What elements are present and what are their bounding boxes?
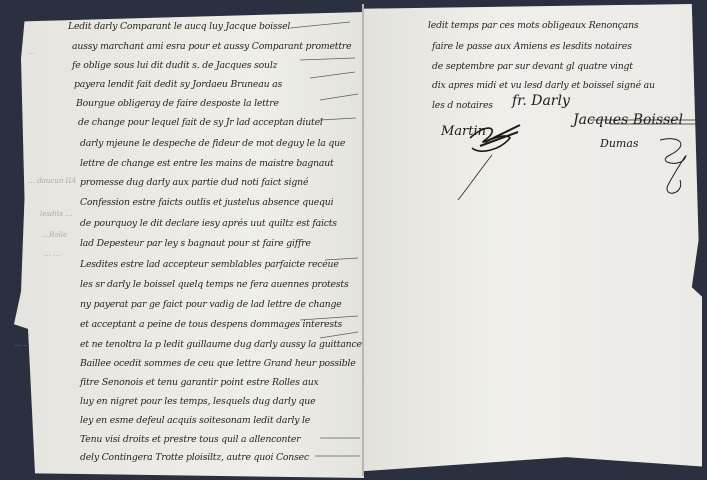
signature-flourish-icon — [380, 100, 700, 210]
line-rules-icon — [60, 20, 360, 470]
margin-note: … … — [14, 340, 30, 348]
manuscript-line: dix apres midi et vu lesd darly et boiss… — [432, 80, 655, 91]
margin-note: … … — [44, 250, 60, 258]
page-fold — [362, 4, 364, 476]
right-page — [362, 4, 702, 476]
margin-note: … — [28, 48, 35, 56]
manuscript-line: de septembre par sur devant gl quatre vi… — [432, 61, 633, 72]
manuscript-line: faire le passe aux Amiens es lesdits not… — [432, 41, 632, 52]
manuscript-line: ledit temps par ces mots obligeaux Renon… — [428, 20, 639, 31]
